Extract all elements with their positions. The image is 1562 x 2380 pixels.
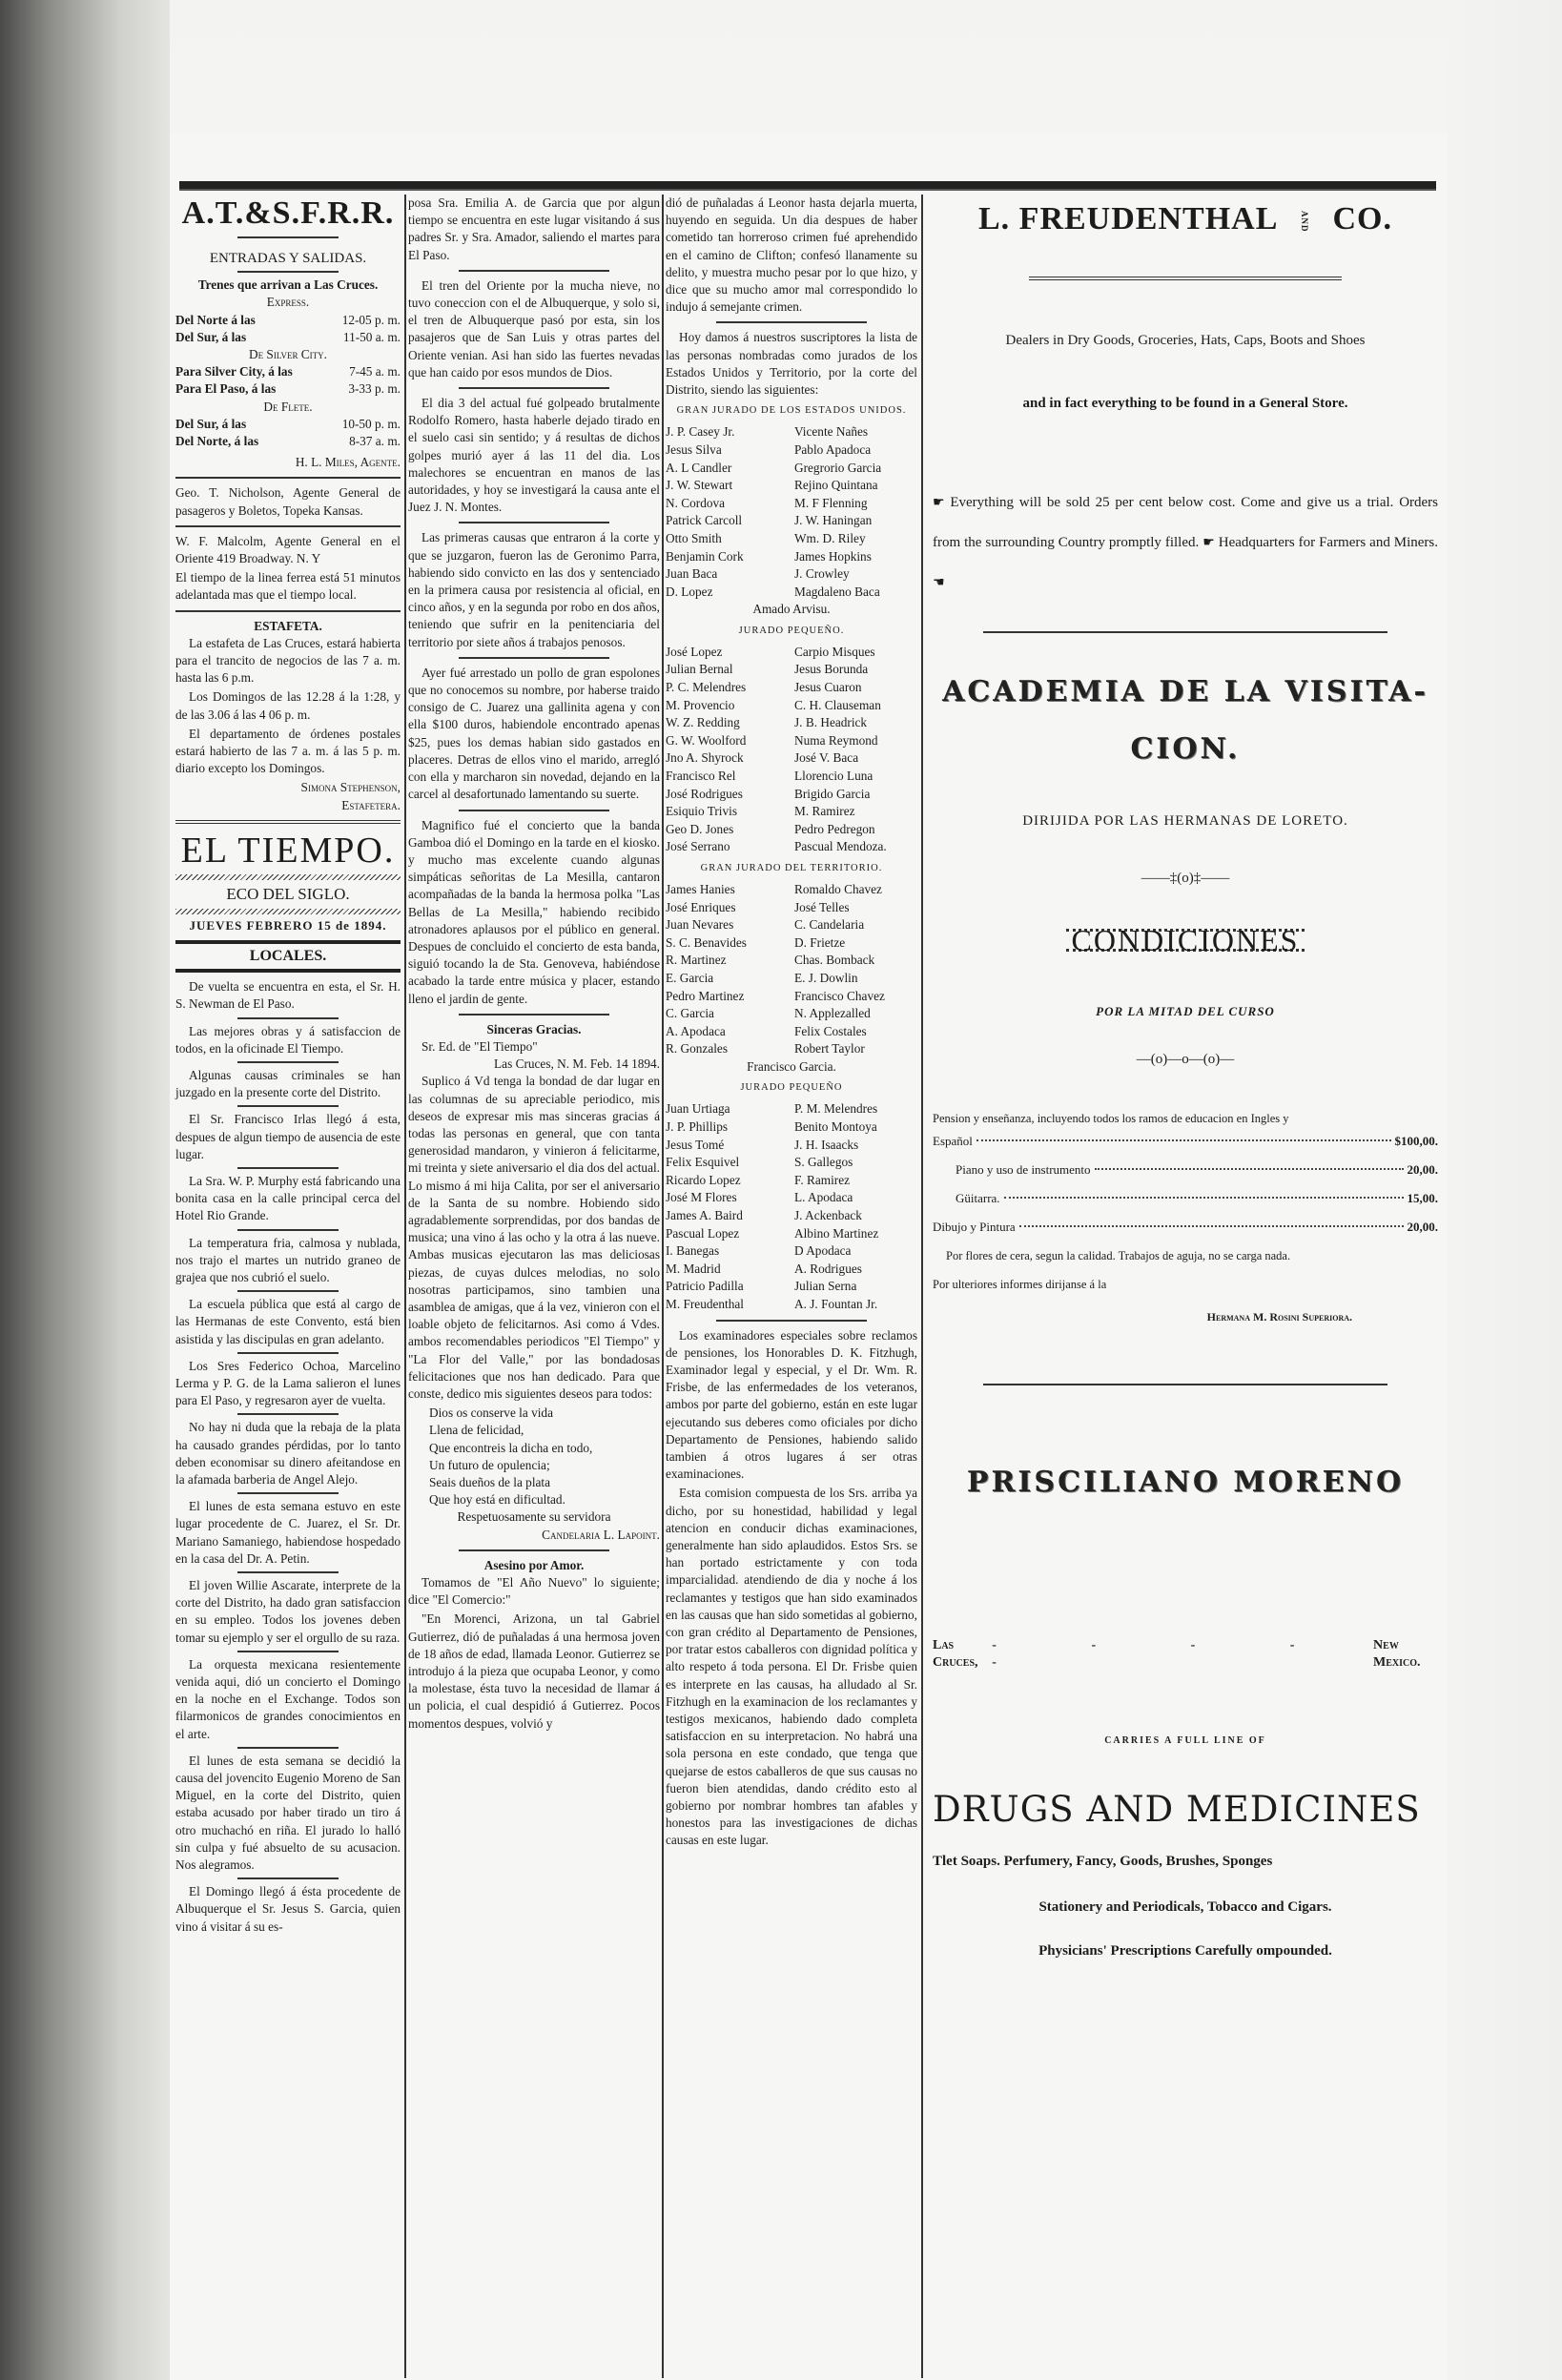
juror-name: Romaldo Chavez [794,881,917,899]
locales-items: De vuelta se encuentra en esta, el Sr. H… [175,978,401,1936]
estafeta-signature-name: Simona Stephenson, [175,779,401,796]
asesino-continuation: dió de puñaladas á Leonor hasta dejarla … [666,195,917,316]
divider [237,1413,339,1415]
schedule-time: 7-45 a. m. [349,363,401,380]
news-item: Algunas causas criminales se han juzgado… [175,1067,401,1101]
gracias-title: Sinceras Gracias. [408,1021,660,1038]
juror-names: Juan UrtiagaP. M. MelendresJ. P. Phillip… [666,1100,917,1313]
juror-name: Jesus Borunda [794,661,917,679]
price-value: 20,00. [1408,1156,1439,1184]
juror-names: José LopezCarpio MisquesJulian BernalJes… [666,644,917,856]
juror-name: Francisco Rel [666,768,789,786]
news-item: El dia 3 del actual fué golpeado brutalm… [408,395,660,516]
schedule-label: Para El Paso, á las [175,380,276,398]
price-value: $100,00. [1395,1127,1439,1156]
dot-leader [976,1139,1391,1141]
juror-name: James Hanies [666,881,789,899]
juror-list-title: GRAN JURADO DE LOS ESTADOS UNIDOS. [666,402,917,420]
divider [983,631,1387,633]
moreno-city: Las Cruces, [933,1637,992,1672]
juror-name: M. F Flenning [794,495,917,513]
juror-name: Felix Costales [794,1023,917,1041]
juror-name: Jesus Silva [666,441,789,460]
juror-name: J. Ackenback [794,1207,917,1225]
juror-name: A. J. Fountan Jr. [794,1296,917,1314]
juror-name: Rejino Quintana [794,477,917,495]
news-item: La escuela pública que está al cargo de … [175,1296,401,1348]
schedule-row: Del Norte á las12-05 p. m. [175,312,401,329]
juror-name: José M Flores [666,1189,789,1207]
academia-title-1: ACADEMIA DE LA VISITA- [933,671,1438,713]
juror-name: Benito Montoya [794,1118,917,1137]
freudenthal-and: AND [1285,211,1324,233]
juror-name: D. Frietze [794,934,917,953]
schedule-time: 10-50 p. m. [342,416,401,433]
academia-note-2: Por ulteriores informes dirijanse á la [933,1270,1438,1299]
juror-name: Juan Nevares [666,916,789,934]
column-2: posa Sra. Emilia A. de Garcia que por al… [408,195,660,1734]
news-item: El Sr. Francisco Irlas llegó á esta, des… [175,1111,401,1163]
juror-name: M. Freudenthal [666,1296,789,1314]
schedule-time: 8-37 a. m. [349,433,401,450]
divider [237,1571,339,1573]
divider [237,271,339,273]
juror-name: Otto Smith [666,530,789,548]
juror-name: N. Applezalled [794,1005,917,1023]
juror-name: José Telles [794,899,917,917]
gracias-closing: Respetuosamente su servidora [408,1508,660,1526]
tuition-intro: Pension y enseñanza, incluyendo todos lo… [933,1110,1438,1127]
juror-name: E. J. Dowlin [794,970,917,988]
nicholson-notice: Geo. T. Nicholson, Agente General de pas… [175,484,401,519]
freudenthal-headquarters: Headquarters for Farmers and Miners. [1219,535,1438,550]
juror-name: Carpio Misques [794,644,917,662]
juror-list-title: JURADO PEQUEÑO. [666,623,917,640]
divider [237,1352,339,1354]
gracias-signature: Candelaria L. Lapoint. [408,1527,660,1544]
newspaper-page: A.T.&S.F.R.R. ENTRADAS Y SALIDAS. Trenes… [170,133,1448,2380]
divider [175,477,401,479]
juror-name: Ricardo Lopez [666,1172,789,1190]
news-item: De vuelta se encuentra en esta, el Sr. H… [175,978,401,1013]
freudenthal-line-1: Dealers in Dry Goods, Groceries, Hats, C… [933,328,1438,353]
juror-name: Geo D. Jones [666,821,789,839]
academia-note-1: Por flores de cera, segun la calidad. Tr… [933,1241,1438,1270]
juror-name: D. Lopez [666,584,789,602]
asesino-body: "En Morenci, Arizona, un tal Gabriel Gut… [408,1611,660,1732]
juror-list-title: GRAN JURADO DEL TERRITORIO. [666,860,917,877]
juror-name: Wm. D. Riley [794,530,917,548]
divider [459,1014,609,1016]
juror-name: Francisco Garcia. [666,1058,917,1076]
divider [459,270,609,272]
divider [237,1747,339,1749]
schedule-section-title: De Flete. [175,399,401,416]
malcolm-notice: W. F. Malcolm, Agente General en el Orie… [175,533,401,567]
gracias-dateline: Las Cruces, N. M. Feb. 14 1894. [408,1056,660,1073]
divider [175,525,401,527]
juror-name: P. C. Melendres [666,679,789,697]
moreno-carries: CARRIES A FULL LINE OF [933,1729,1438,1754]
schedule-time: 11-50 a. m. [343,329,401,346]
schedule-row: Del Norte, á las8-37 a. m. [175,433,401,450]
academia-title-2: CION. [933,728,1438,770]
divider [716,1320,867,1322]
price-value: 15,00. [1408,1184,1439,1213]
freudenthal-co: CO. [1333,201,1393,236]
scan-margin-left [0,0,170,2380]
news-item: No hay ni duda que la rebaja de la plata… [175,1419,401,1488]
juror-name: J. W. Haningan [794,512,917,530]
schedule-label: Del Norte á las [175,312,256,329]
jurors-intro: Hoy damos á nuestros suscriptores la lis… [666,329,917,399]
divider [459,810,609,811]
schedule-row: Para Silver City, á las7-45 a. m. [175,363,401,380]
estafeta-line: El departamento de órdenes postales esta… [175,726,401,778]
juror-name: Julian Serna [794,1278,917,1296]
estafeta-line: La estafeta de Las Cruces, estará habier… [175,635,401,687]
column-divider [921,195,923,2378]
juror-name: José Enriques [666,899,789,917]
juror-names: J. P. Casey Jr.Vicente NañesJesus SilvaP… [666,423,917,601]
divider [175,610,401,612]
divider [237,1105,339,1107]
wavy-rule [175,909,401,914]
divider [237,1290,339,1292]
moreno-line-2: Stationery and Periodicals, Tobacco and … [933,1895,1438,1919]
moreno-headline: DRUGS AND MEDICINES [933,1801,1438,1818]
juror-name: W. Z. Redding [666,714,789,732]
news-items: posa Sra. Emilia A. de Garcia que por al… [408,195,660,1008]
schedule-time: 12-05 p. m. [342,312,401,329]
poem-line: Que encontreis la dicha en todo, [429,1440,660,1457]
academia-directed: DIRIJIDA POR LAS HERMANAS DE LORETO. [933,809,1438,833]
divider [459,522,609,523]
news-item: posa Sra. Emilia A. de Garcia que por al… [408,195,660,264]
juror-name: Juan Baca [666,565,789,584]
juror-name: Numa Reymond [794,732,917,750]
juror-name: S. C. Benavides [666,934,789,953]
pensions-paragraph-1: Los examinadores especiales sobre reclam… [666,1327,917,1484]
price-row: Español$100,00. [933,1127,1438,1156]
news-item: Las primeras causas que entraron á la co… [408,529,660,650]
juror-name: J. W. Stewart [666,477,789,495]
juror-name: Patrick Carcoll [666,512,789,530]
juror-name: Julian Bernal [666,661,789,679]
juror-name: R. Martinez [666,952,789,970]
news-item: La Sra. W. P. Murphy está fabricando una… [175,1173,401,1225]
price-item: Español [933,1127,973,1156]
juror-name: Amado Arvisu. [666,601,917,618]
price-row: Piano y uso de instrumento20,00. [933,1156,1438,1184]
divider [175,820,401,824]
juror-name: James Hopkins [794,548,917,566]
juror-name: A. Rodrigues [794,1261,917,1279]
juror-name: José Rodrigues [666,786,789,804]
price-row: Güitarra.15,00. [933,1184,1438,1213]
estafeta-hours: La estafeta de Las Cruces, estará habier… [175,635,401,778]
divider [237,1167,339,1169]
gracias-salutation: Sr. Ed. de "El Tiempo" [408,1038,660,1056]
divider [459,657,609,659]
pointing-hand-icon: ☛ [1202,535,1215,550]
juror-name: Pedro Pedregon [794,821,917,839]
juror-name: Patricio Padilla [666,1278,789,1296]
juror-name: James A. Baird [666,1207,789,1225]
news-item: El lunes de esta semana estuvo en este l… [175,1498,401,1568]
news-item: La temperatura fria, calmosa y nublada, … [175,1235,401,1287]
schedule-label: Del Sur, á las [175,329,246,346]
divider [983,1384,1387,1385]
divider [1029,277,1343,280]
juror-name: José Lopez [666,644,789,662]
juror-name: Magdaleno Baca [794,584,917,602]
masthead-motto: ECO DEL SIGLO. [175,883,401,906]
moreno-line-1: Tlet Soaps. Perfumery, Fancy, Goods, Bru… [933,1849,1438,1874]
academia-ad: ACADEMIA DE LA VISITA- CION. DIRIJIDA PO… [933,671,1438,1326]
schedule-label: Del Sur, á las [175,416,246,433]
juror-name: C. Candelaria [794,916,917,934]
schedule-label: Del Norte, á las [175,433,258,450]
divider [237,236,339,238]
juror-name: José Serrano [666,838,789,856]
freudenthal-ad: L. FREUDENTHAL AND CO. Dealers in Dry Go… [933,200,1438,603]
moreno-state: New Mexico. [1373,1637,1438,1672]
schedule-label: Para Silver City, á las [175,363,293,380]
schedule-row: Del Sur, á las11-50 a. m. [175,329,401,346]
column-4-advertisements: L. FREUDENTHAL AND CO. Dealers in Dry Go… [933,195,1438,1963]
course-period: POR LA MITAD DEL CURSO [933,999,1438,1024]
price-item: Dibujo y Pintura [933,1213,1016,1241]
news-item: Los Sres Federico Ochoa, Marcelino Lerma… [175,1358,401,1410]
juror-name: Jesus Tomé [666,1137,789,1155]
price-item: Güitarra. [956,1184,1000,1213]
railroad-title: A.T.&S.F.R.R. [175,195,401,233]
divider [237,1492,339,1494]
dot-leader [1004,1197,1404,1199]
juror-name: P. M. Melendres [794,1100,917,1118]
juror-name: E. Garcia [666,970,789,988]
estafeta-signature-title: Estafetera. [175,797,401,814]
juror-name: J. P. Casey Jr. [666,423,789,441]
juror-name: Jesus Cuaron [794,679,917,697]
news-item: El tren del Oriente por la mucha nieve, … [408,277,660,381]
juror-name: Pascual Lopez [666,1225,789,1243]
juror-name: L. Apodaca [794,1189,917,1207]
juror-name: Pascual Mendoza. [794,838,917,856]
juror-lists: GRAN JURADO DE LOS ESTADOS UNIDOS.J. P. … [666,402,917,1313]
moreno-name: PRISCILIANO MORENO [933,1462,1438,1504]
juror-name: I. Banegas [666,1242,789,1261]
schedule-section-title: Express. [175,294,401,311]
divider [716,321,867,323]
juror-name: José V. Baca [794,749,917,768]
pensions-paragraph-2: Esta comision compuesta de los Srs. arri… [666,1485,917,1849]
gracias-body: Suplico á Vd tenga la bondad de dar luga… [408,1073,660,1403]
juror-name: C. H. Clauseman [794,697,917,715]
pointing-hand-icon: ☛ [933,495,945,510]
wavy-rule [175,874,401,880]
price-row: Dibujo y Pintura20,00. [933,1213,1438,1241]
moreno-ad: PRISCILIANO MORENO Las Cruces, - - - - -… [933,1462,1438,1964]
section-heading-locales: LOCALES. [175,940,401,973]
juror-name: J. P. Phillips [666,1118,789,1137]
juror-name: Albino Martinez [794,1225,917,1243]
asesino-intro: Tomamos de "El Año Nuevo" lo siguiente; … [408,1574,660,1609]
divider [237,1651,339,1652]
moreno-location: Las Cruces, - - - - - New Mexico. [933,1637,1438,1672]
schedule-time: 3-33 p. m. [348,380,401,398]
juror-name: Gregrorio Garcia [794,460,917,478]
juror-name: Jno A. Shyrock [666,749,789,768]
juror-name: Robert Taylor [794,1040,917,1058]
juror-name: C. Garcia [666,1005,789,1023]
poem-line: Llena de felicidad, [429,1422,660,1439]
price-item: Piano y uso de instrumento [956,1156,1091,1184]
schedule-row: Del Sur, á las10-50 p. m. [175,416,401,433]
freudenthal-name: L. FREUDENTHAL [978,201,1277,236]
price-list: Español$100,00.Piano y uso de instrument… [933,1127,1438,1241]
juror-name: S. Gallegos [794,1154,917,1172]
divider [237,1229,339,1231]
juror-name: Pedro Martinez [666,988,789,1006]
divider [459,1549,609,1551]
news-item: El lunes de esta semana se decidió la ca… [175,1753,401,1874]
poem-line: Que hoy está en dificultad. [429,1491,660,1508]
juror-name: D Apodaca [794,1242,917,1261]
railroad-agent: H. L. Miles, Agente. [175,454,401,471]
estafeta-title: ESTAFETA. [175,618,401,635]
column-1: A.T.&S.F.R.R. ENTRADAS Y SALIDAS. Trenes… [175,195,401,1938]
asesino-title: Asesino por Amor. [408,1557,660,1574]
issue-date: JUEVES FEBRERO 15 de 1894. [175,917,401,934]
dot-leader [1019,1225,1404,1227]
divider [459,387,609,389]
dot-leader [1095,1168,1404,1170]
juror-name: F. Ramirez [794,1172,917,1190]
freudenthal-line-2: and in fact everything to be found in a … [933,391,1438,416]
juror-name: Vicente Nañes [794,423,917,441]
news-item: La orquesta mexicana resientemente venid… [175,1656,401,1743]
juror-name: Chas. Bomback [794,952,917,970]
juror-name: Pablo Apadoca [794,441,917,460]
gracias-poem: Dios os conserve la vidaLlena de felicid… [408,1405,660,1508]
scan-margin-top [0,0,1562,133]
juror-name: J. B. Headrick [794,714,917,732]
juror-name: A. L Candler [666,460,789,478]
academia-signature: Hermana M. Rosini Superiora. [933,1308,1352,1325]
masthead-title: EL TIEMPO. [175,830,401,872]
moreno-line-3: Physicians' Prescriptions Carefully ompo… [933,1939,1438,1963]
news-item: Magnifico fué el concierto que la banda … [408,817,660,1008]
juror-name: Brigido Garcia [794,786,917,804]
juror-name: Llorencio Luna [794,768,917,786]
price-value: 20,00. [1408,1213,1439,1241]
divider [237,1877,339,1879]
juror-name: Francisco Chavez [794,988,917,1006]
column-3: dió de puñaladas á Leonor hasta dejarla … [666,195,917,1852]
schedule-row: Para El Paso, á las3-33 p. m. [175,380,401,398]
trains-heading: Trenes que arrivan a Las Cruces. [175,277,401,294]
juror-name: M. Provencio [666,697,789,715]
time-note: El tiempo de la linea ferrea está 51 min… [175,569,401,604]
column-divider [662,195,664,2378]
estafeta-line: Los Domingos de las 12.28 á la 1:28, y d… [175,688,401,723]
conditions-heading: CONDICIONES [1066,929,1305,952]
ornament: ——‡(o)‡—— [933,866,1438,891]
ornament: —(o)—o—(o)— [933,1047,1438,1072]
juror-name: M. Madrid [666,1261,789,1279]
juror-names: James HaniesRomaldo ChavezJosé EnriquesJ… [666,881,917,1058]
juror-name: Felix Esquivel [666,1154,789,1172]
divider [237,1061,339,1063]
news-item: Las mejores obras y á satisfaccion de to… [175,1023,401,1057]
juror-list-title: JURADO PEQUEÑO [666,1079,917,1097]
news-item: El joven Willie Ascarate, interprete de … [175,1577,401,1647]
poem-line: Un futuro de opulencia; [429,1457,660,1474]
juror-name: J. Crowley [794,565,917,584]
juror-name: R. Gonzales [666,1040,789,1058]
juror-name: A. Apodaca [666,1023,789,1041]
scan-margin-right [1448,0,1562,2380]
schedule-section-title: De Silver City. [175,346,401,363]
column-divider [404,195,406,2378]
juror-name: Juan Urtiaga [666,1100,789,1118]
juror-name: Benjamin Cork [666,548,789,566]
pointing-hand-icon: ☛ [933,563,945,603]
juror-name: Esiquio Trivis [666,803,789,821]
railroad-subtitle: ENTRADAS Y SALIDAS. [175,250,401,267]
juror-name: M. Ramirez [794,803,917,821]
poem-line: Dios os conserve la vida [429,1405,660,1422]
juror-name: G. W. Woolford [666,732,789,750]
news-item: Ayer fué arrestado un pollo de gran espo… [408,665,660,804]
train-schedule: Express.Del Norte á las12-05 p. m.Del Su… [175,294,401,450]
divider [237,1017,339,1019]
news-item: El Domingo llegó á ésta procedente de Al… [175,1883,401,1936]
top-rule [179,181,1436,191]
juror-name: N. Cordova [666,495,789,513]
juror-name: J. H. Isaacks [794,1137,917,1155]
poem-line: Seais dueños de la plata [429,1474,660,1491]
